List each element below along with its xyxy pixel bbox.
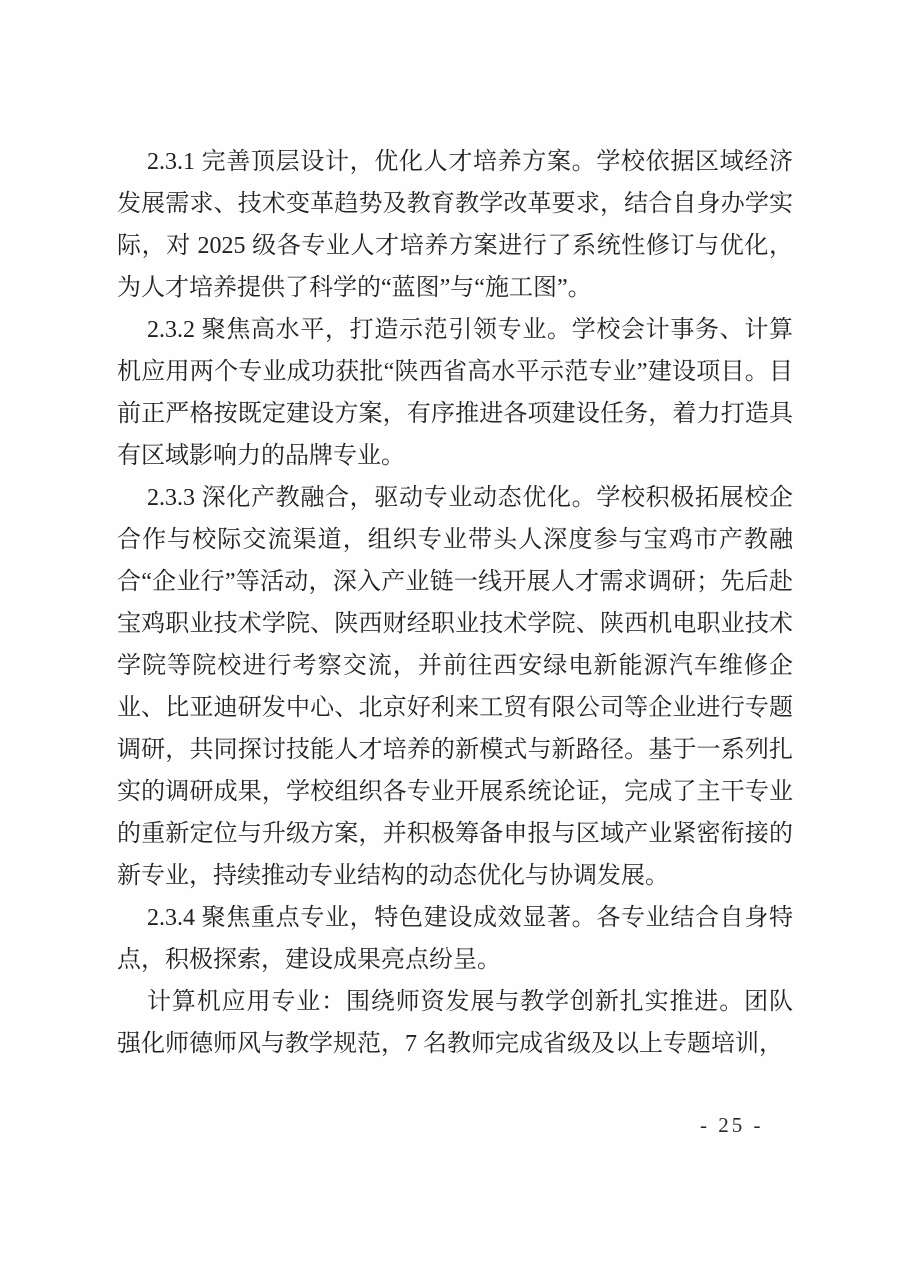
paragraph-2-3-3: 2.3.3 深化产教融合，驱动专业动态优化。学校积极拓展校企合作与校际交流渠道，… bbox=[117, 477, 793, 897]
paragraph-2-3-4: 2.3.4 聚焦重点专业，特色建设成效显著。各专业结合自身特点，积极探索，建设成… bbox=[117, 897, 793, 981]
document-body: 2.3.1 完善顶层设计，优化人才培养方案。学校依据区域经济发展需求、技术变革趋… bbox=[117, 141, 793, 1065]
paragraph-2-3-2: 2.3.2 聚焦高水平，打造示范引领专业。学校会计事务、计算机应用两个专业成功获… bbox=[117, 309, 793, 477]
paragraph-2-3-1: 2.3.1 完善顶层设计，优化人才培养方案。学校依据区域经济发展需求、技术变革趋… bbox=[117, 141, 793, 309]
page-number: - 25 - bbox=[700, 1113, 764, 1137]
page-footer: - 25 - bbox=[700, 1113, 820, 1138]
paragraph-computer-application-major: 计算机应用专业：围绕师资发展与教学创新扎实推进。团队强化师德师风与教学规范，7 … bbox=[117, 981, 793, 1065]
document-page: 2.3.1 完善顶层设计，优化人才培养方案。学校依据区域经济发展需求、技术变革趋… bbox=[0, 0, 900, 1273]
